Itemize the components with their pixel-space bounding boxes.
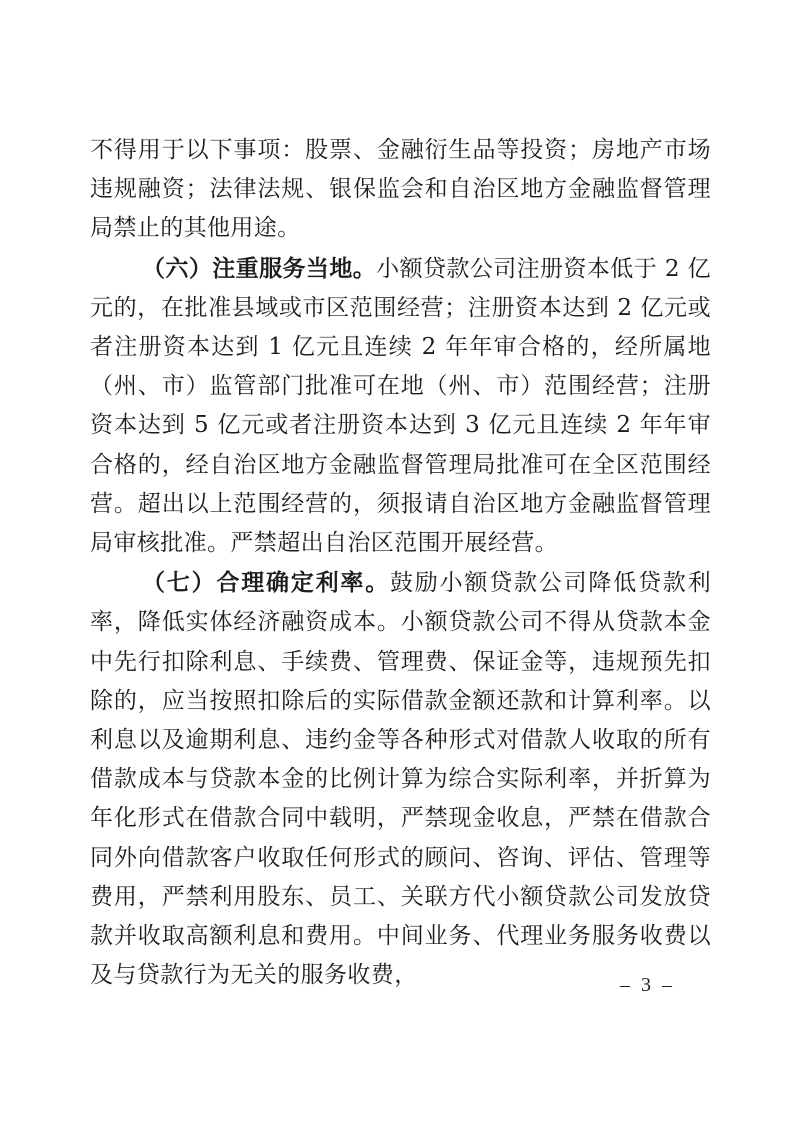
paragraph-item-6: （六）注重服务当地。小额贷款公司注册资本低于 2 亿元的，在批准县域或市区范围经… — [90, 249, 711, 564]
paragraph-item-7: （七）合理确定利率。鼓励小额贷款公司降低贷款利率，降低实体经济融资成本。小额贷款… — [90, 563, 711, 995]
item-7-heading: （七）合理确定利率。 — [142, 569, 390, 596]
document-page: 不得用于以下事项：股票、金融衍生品等投资；房地产市场违规融资；法律法规、银保监会… — [0, 0, 793, 1122]
paragraph-text: 鼓励小额贷款公司降低贷款利率，降低实体经济融资成本。小额贷款公司不得从贷款本金中… — [90, 570, 711, 988]
paragraph-text: 小额贷款公司注册资本低于 2 亿元的，在批准县域或市区范围经营；注册资本达到 2… — [90, 256, 711, 556]
paragraph-continuation: 不得用于以下事项：股票、金融衍生品等投资；房地产市场违规融资；法律法规、银保监会… — [90, 131, 711, 249]
document-body: 不得用于以下事项：股票、金融衍生品等投资；房地产市场违规融资；法律法规、银保监会… — [90, 131, 711, 995]
page-number: – 3 – — [620, 972, 675, 998]
item-6-heading: （六）注重服务当地。 — [142, 255, 376, 282]
paragraph-text: 不得用于以下事项：股票、金融衍生品等投资；房地产市场违规融资；法律法规、银保监会… — [90, 137, 711, 241]
